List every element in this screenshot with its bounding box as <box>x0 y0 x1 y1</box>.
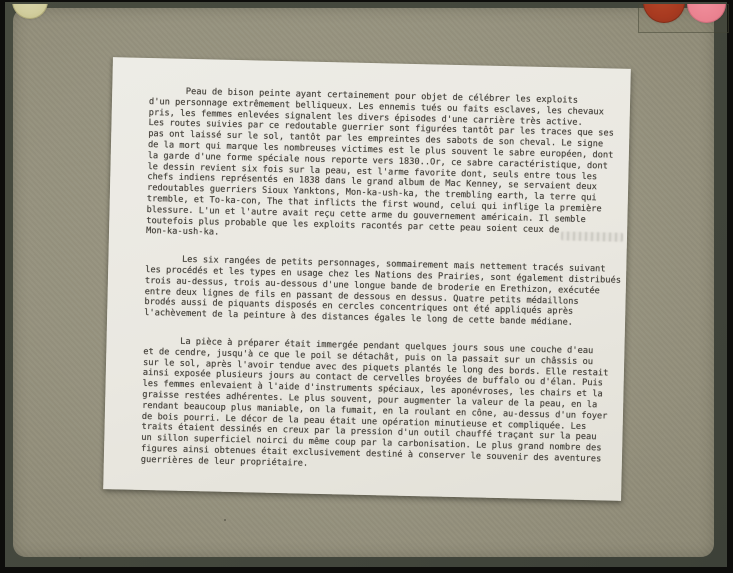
photo-frame: { "surface": { "frame_color": "#0d0d0b",… <box>0 0 733 573</box>
dust-speck <box>224 519 226 521</box>
paragraph-1: Peau de bison peinte ayant certainement … <box>146 86 624 248</box>
typewritten-page: Peau de bison peinte ayant certainement … <box>103 57 631 501</box>
pencil-smudge <box>561 231 623 241</box>
typewritten-text: Peau de bison peinte ayant certainement … <box>140 86 624 493</box>
paragraph-2: Les six rangées de petits personnages, s… <box>144 254 620 330</box>
paragraph-3: La pièce à préparer était immergée penda… <box>141 336 619 476</box>
dust-speck <box>79 557 81 559</box>
